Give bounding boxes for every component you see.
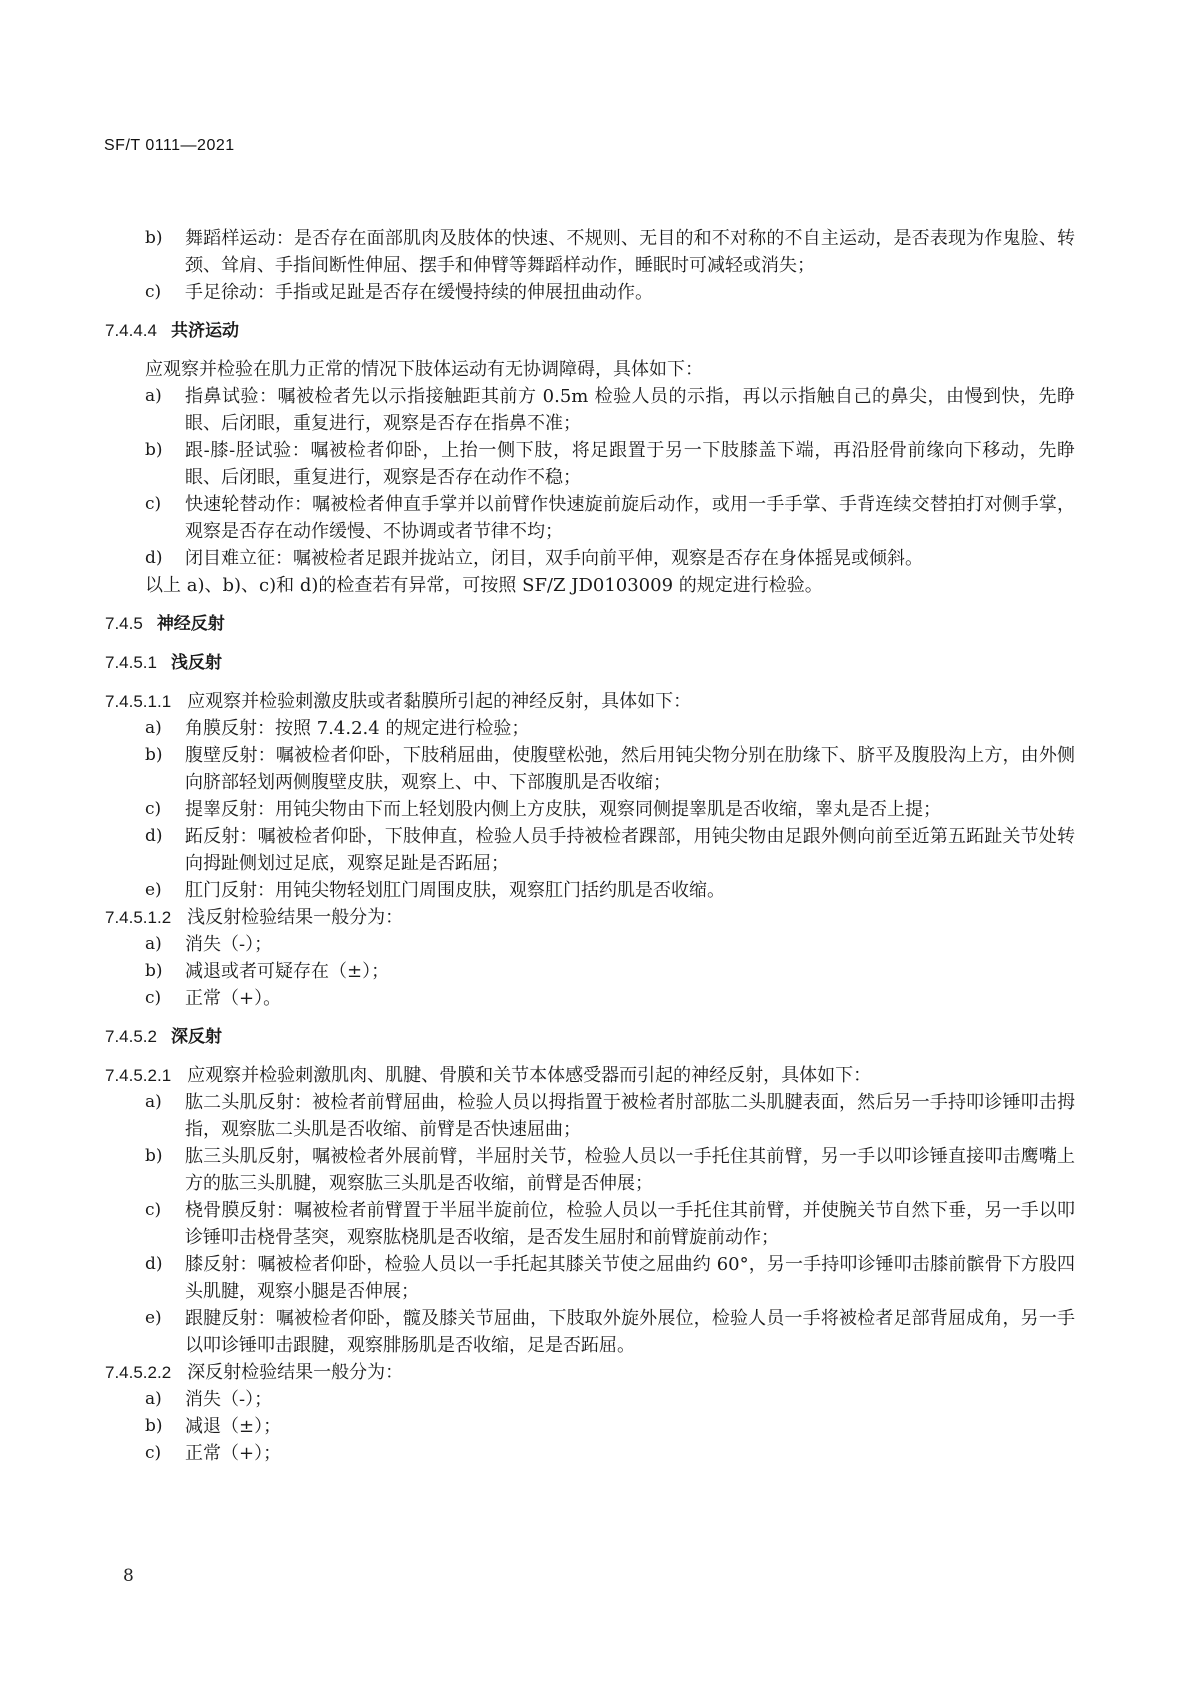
clause-text: 应观察并检验刺激皮肤或者黏膜所引起的神经反射，具体如下： <box>187 691 691 712</box>
list-label: c) <box>145 1197 161 1224</box>
clause-number: 7.4.5.1.1 <box>105 692 171 711</box>
list-item: c)手足徐动：手指或足趾是否存在缓慢持续的伸展扭曲动作。 <box>105 279 1075 306</box>
section-heading-7-4-4-4: 7.4.4.4共济运动 <box>105 317 1075 345</box>
list-label: c) <box>145 796 161 823</box>
list-item: b)腹壁反射：嘱被检者仰卧，下肢稍屈曲，使腹壁松弛，然后用钝尖物分别在肋缘下、脐… <box>105 742 1075 796</box>
list-text: 腹壁反射：嘱被检者仰卧，下肢稍屈曲，使腹壁松弛，然后用钝尖物分别在肋缘下、脐平及… <box>185 745 1075 793</box>
list-label: b) <box>145 958 163 985</box>
list-item: d)跖反射：嘱被检者仰卧，下肢伸直，检验人员手持被检者踝部，用钝尖物由足跟外侧向… <box>105 823 1075 877</box>
list-text: 肛门反射：用钝尖物轻划肛门周围皮肤，观察肛门括约肌是否收缩。 <box>185 880 725 901</box>
clause-number: 7.4.5.1.2 <box>105 908 171 927</box>
list-label: e) <box>145 1305 162 1332</box>
section-heading-7-4-5-1: 7.4.5.1浅反射 <box>105 649 1075 677</box>
clause-7-4-5-1-2: 7.4.5.1.2浅反射检验结果一般分为： <box>105 904 1075 931</box>
list-text: 跟腱反射：嘱被检者仰卧，髋及膝关节屈曲，下肢取外旋外展位，检验人员一手将被检者足… <box>185 1308 1075 1356</box>
clause-number: 7.4.5.2.1 <box>105 1066 171 1085</box>
list-item: a)指鼻试验：嘱被检者先以示指接触距其前方 0.5m 检验人员的示指，再以示指触… <box>105 383 1075 437</box>
list-text: 指鼻试验：嘱被检者先以示指接触距其前方 0.5m 检验人员的示指，再以示指触自己… <box>185 386 1075 434</box>
list-item: c)提睾反射：用钝尖物由下而上轻划股内侧上方皮肤，观察同侧提睾肌是否收缩，睾丸是… <box>105 796 1075 823</box>
list-item: a)肱二头肌反射：被检者前臂屈曲，检验人员以拇指置于被检者肘部肱二头肌腱表面，然… <box>105 1089 1075 1143</box>
section-number: 7.4.5.1 <box>105 653 157 672</box>
list-text: 舞蹈样运动：是否存在面部肌肉及肢体的快速、不规则、无目的和不对称的不自主运动，是… <box>185 228 1075 276</box>
list-item: a)消失（-）； <box>105 931 1075 958</box>
list-item: d)膝反射：嘱被检者仰卧，检验人员以一手托起其膝关节使之屈曲约 60°，另一手持… <box>105 1251 1075 1305</box>
list-item: a)消失（-）； <box>105 1386 1075 1413</box>
section-title: 共济运动 <box>171 321 239 341</box>
list-item: c)正常（+）。 <box>105 985 1075 1012</box>
document-id-header: SF/T 0111—2021 <box>104 137 235 155</box>
clause-7-4-5-1-1: 7.4.5.1.1应观察并检验刺激皮肤或者黏膜所引起的神经反射，具体如下： <box>105 688 1075 715</box>
list-label: b) <box>145 1413 163 1440</box>
list-label: a) <box>145 715 162 742</box>
list-label: a) <box>145 931 162 958</box>
document-body: b)舞蹈样运动：是否存在面部肌肉及肢体的快速、不规则、无目的和不对称的不自主运动… <box>105 225 1075 1467</box>
list-text: 快速轮替动作：嘱被检者伸直手掌并以前臂作快速旋前旋后动作，或用一手手掌、手背连续… <box>185 494 1075 542</box>
section-title: 浅反射 <box>171 653 222 673</box>
list-item: c)桡骨膜反射：嘱被检者前臂置于半屈半旋前位，检验人员以一手托住其前臂，并使腕关… <box>105 1197 1075 1251</box>
section-title: 神经反射 <box>157 614 225 634</box>
list-item: c)正常（+）； <box>105 1440 1075 1467</box>
list-label: a) <box>145 1386 162 1413</box>
list-label: c) <box>145 279 161 306</box>
list-item: b)跟-膝-胫试验：嘱被检者仰卧，上抬一侧下肢，将足跟置于另一下肢膝盖下端，再沿… <box>105 437 1075 491</box>
list-label: b) <box>145 225 163 252</box>
list-text: 手足徐动：手指或足趾是否存在缓慢持续的伸展扭曲动作。 <box>185 282 653 303</box>
list-text: 桡骨膜反射：嘱被检者前臂置于半屈半旋前位，检验人员以一手托住其前臂，并使腕关节自… <box>185 1200 1075 1248</box>
list-label: c) <box>145 491 161 518</box>
list-text: 肱三头肌反射，嘱被检者外展前臂，半屈肘关节，检验人员以一手托住其前臂，另一手以叩… <box>185 1146 1075 1194</box>
list-text: 跖反射：嘱被检者仰卧，下肢伸直，检验人员手持被检者踝部，用钝尖物由足跟外侧向前至… <box>185 826 1075 874</box>
section-number: 7.4.4.4 <box>105 321 157 340</box>
list-text: 肱二头肌反射：被检者前臂屈曲，检验人员以拇指置于被检者肘部肱二头肌腱表面，然后另… <box>185 1092 1075 1140</box>
list-text: 减退或者可疑存在（±）； <box>185 961 389 982</box>
section-title: 深反射 <box>171 1027 222 1047</box>
list-label: c) <box>145 1440 161 1467</box>
list-label: b) <box>145 1143 163 1170</box>
list-label: c) <box>145 985 161 1012</box>
list-item: e)跟腱反射：嘱被检者仰卧，髋及膝关节屈曲，下肢取外旋外展位，检验人员一手将被检… <box>105 1305 1075 1359</box>
list-label: b) <box>145 437 163 464</box>
list-label: e) <box>145 877 162 904</box>
clause-7-4-5-2-2: 7.4.5.2.2深反射检验结果一般分为： <box>105 1359 1075 1386</box>
list-item: b)减退（±）； <box>105 1413 1075 1440</box>
list-text: 消失（-）； <box>185 934 272 955</box>
list-text: 跟-膝-胫试验：嘱被检者仰卧，上抬一侧下肢，将足跟置于另一下肢膝盖下端，再沿胫骨… <box>185 440 1075 488</box>
list-text: 消失（-）； <box>185 1389 272 1410</box>
list-text: 减退（±）； <box>185 1416 281 1437</box>
paragraph: 以上 a)、b)、c)和 d)的检查若有异常，可按照 SF/Z JD010300… <box>105 572 1075 599</box>
list-label: a) <box>145 1089 162 1116</box>
page-number: 8 <box>123 1566 134 1586</box>
list-label: d) <box>145 1251 163 1278</box>
section-heading-7-4-5-2: 7.4.5.2深反射 <box>105 1023 1075 1051</box>
list-item: a)角膜反射：按照 7.4.2.4 的规定进行检验； <box>105 715 1075 742</box>
clause-text: 浅反射检验结果一般分为： <box>187 907 403 928</box>
list-item: d)闭目难立征：嘱被检者足跟并拢站立，闭目，双手向前平伸，观察是否存在身体摇晃或… <box>105 545 1075 572</box>
clause-7-4-5-2-1: 7.4.5.2.1应观察并检验刺激肌肉、肌腱、骨膜和关节本体感受器而引起的神经反… <box>105 1062 1075 1089</box>
list-item: e)肛门反射：用钝尖物轻划肛门周围皮肤，观察肛门括约肌是否收缩。 <box>105 877 1075 904</box>
list-label: d) <box>145 545 163 572</box>
clause-number: 7.4.5.2.2 <box>105 1363 171 1382</box>
list-text: 正常（+）； <box>185 1443 281 1464</box>
list-label: a) <box>145 383 162 410</box>
section-heading-7-4-5: 7.4.5神经反射 <box>105 610 1075 638</box>
clause-text: 深反射检验结果一般分为： <box>187 1362 403 1383</box>
list-label: d) <box>145 823 163 850</box>
list-item: c)快速轮替动作：嘱被检者伸直手掌并以前臂作快速旋前旋后动作，或用一手手掌、手背… <box>105 491 1075 545</box>
clause-text: 应观察并检验刺激肌肉、肌腱、骨膜和关节本体感受器而引起的神经反射，具体如下： <box>187 1065 871 1086</box>
paragraph: 应观察并检验在肌力正常的情况下肢体运动有无协调障碍，具体如下： <box>105 356 1075 383</box>
list-text: 正常（+）。 <box>185 988 281 1009</box>
list-item: b)肱三头肌反射，嘱被检者外展前臂，半屈肘关节，检验人员以一手托住其前臂，另一手… <box>105 1143 1075 1197</box>
list-item: b)舞蹈样运动：是否存在面部肌肉及肢体的快速、不规则、无目的和不对称的不自主运动… <box>105 225 1075 279</box>
section-number: 7.4.5.2 <box>105 1027 157 1046</box>
list-item: b)减退或者可疑存在（±）； <box>105 958 1075 985</box>
list-label: b) <box>145 742 163 769</box>
list-text: 提睾反射：用钝尖物由下而上轻划股内侧上方皮肤，观察同侧提睾肌是否收缩，睾丸是否上… <box>185 799 941 820</box>
list-text: 角膜反射：按照 7.4.2.4 的规定进行检验； <box>185 718 529 739</box>
list-text: 闭目难立征：嘱被检者足跟并拢站立，闭目，双手向前平伸，观察是否存在身体摇晃或倾斜… <box>185 548 923 569</box>
section-number: 7.4.5 <box>105 614 143 633</box>
list-text: 膝反射：嘱被检者仰卧，检验人员以一手托起其膝关节使之屈曲约 60°，另一手持叩诊… <box>185 1254 1075 1302</box>
